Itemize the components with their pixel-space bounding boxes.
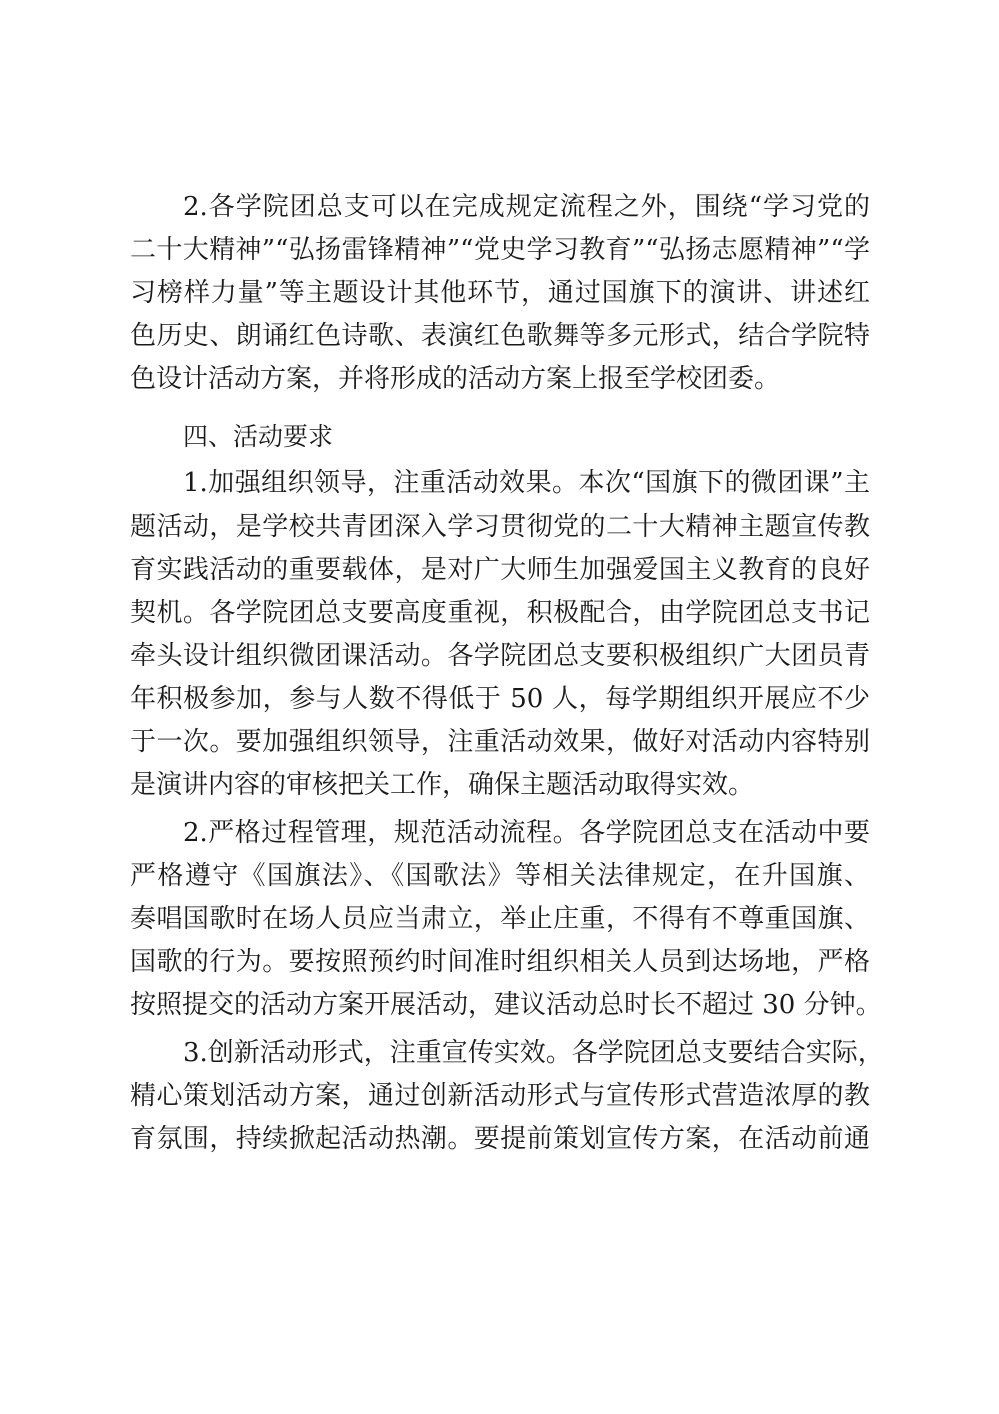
text-line: 严格遵守《国旗法》、《国歌法》等相关法律规定，在升国旗、: [130, 856, 870, 896]
text-line: 题活动，是学校共青团深入学习贯彻党的二十大精神主题宣传教: [130, 507, 870, 547]
text-line: 奏唱国歌时在场人员应当肃立，举止庄重，不得有不尊重国旗、: [130, 899, 870, 939]
text-line: 育氛围，持续掀起活动热潮。要提前策划宣传方案，在活动前通: [130, 1119, 870, 1159]
text-line: 牵头设计组织微团课活动。各学院团总支要积极组织广大团员青: [130, 636, 870, 676]
text-line: 按照提交的活动方案开展活动，建议活动总时长不超过 30 分钟。: [130, 985, 870, 1025]
text-line: 3.创新活动形式，注重宣传实效。各学院团总支要结合实际，: [183, 1033, 870, 1073]
text-line: 1.加强组织领导，注重活动效果。本次“国旗下的微团课”主: [183, 463, 870, 503]
text-line: 是演讲内容的审核把关工作，确保主题活动取得实效。: [130, 765, 870, 805]
text-line: 育实践活动的重要载体，是对广大师生加强爱国主义教育的良好: [130, 550, 870, 590]
text-line: 色设计活动方案，并将形成的活动方案上报至学校团委。: [130, 359, 870, 399]
text-line: 契机。各学院团总支要高度重视，积极配合，由学院团总支书记: [130, 593, 870, 633]
section-heading: 四、活动要求: [183, 417, 870, 457]
text-line: 国歌的行为。要按照预约时间准时组织相关人员到达场地，严格: [130, 942, 870, 982]
text-line: 二十大精神”“弘扬雷锋精神”“党史学习教育”“弘扬志愿精神”“学: [130, 230, 870, 270]
text-line: 2.各学院团总支可以在完成规定流程之外，围绕“学习党的: [183, 187, 870, 227]
text-line: 色历史、朗诵红色诗歌、表演红色歌舞等多元形式，结合学院特: [130, 316, 870, 356]
text-line: 年积极参加，参与人数不得低于 50 人，每学期组织开展应不少: [130, 679, 870, 719]
text-line: 精心策划活动方案，通过创新活动形式与宣传形式营造浓厚的教: [130, 1076, 870, 1116]
document-page: 2.各学院团总支可以在完成规定流程之外，围绕“学习党的 二十大精神”“弘扬雷锋精…: [0, 0, 999, 1414]
text-line: 于一次。要加强组织领导，注重活动效果，做好对活动内容特别: [130, 722, 870, 762]
text-line: 习榜样力量”等主题设计其他环节，通过国旗下的演讲、讲述红: [130, 273, 870, 313]
text-line: 2.严格过程管理，规范活动流程。各学院团总支在活动中要: [183, 813, 870, 853]
